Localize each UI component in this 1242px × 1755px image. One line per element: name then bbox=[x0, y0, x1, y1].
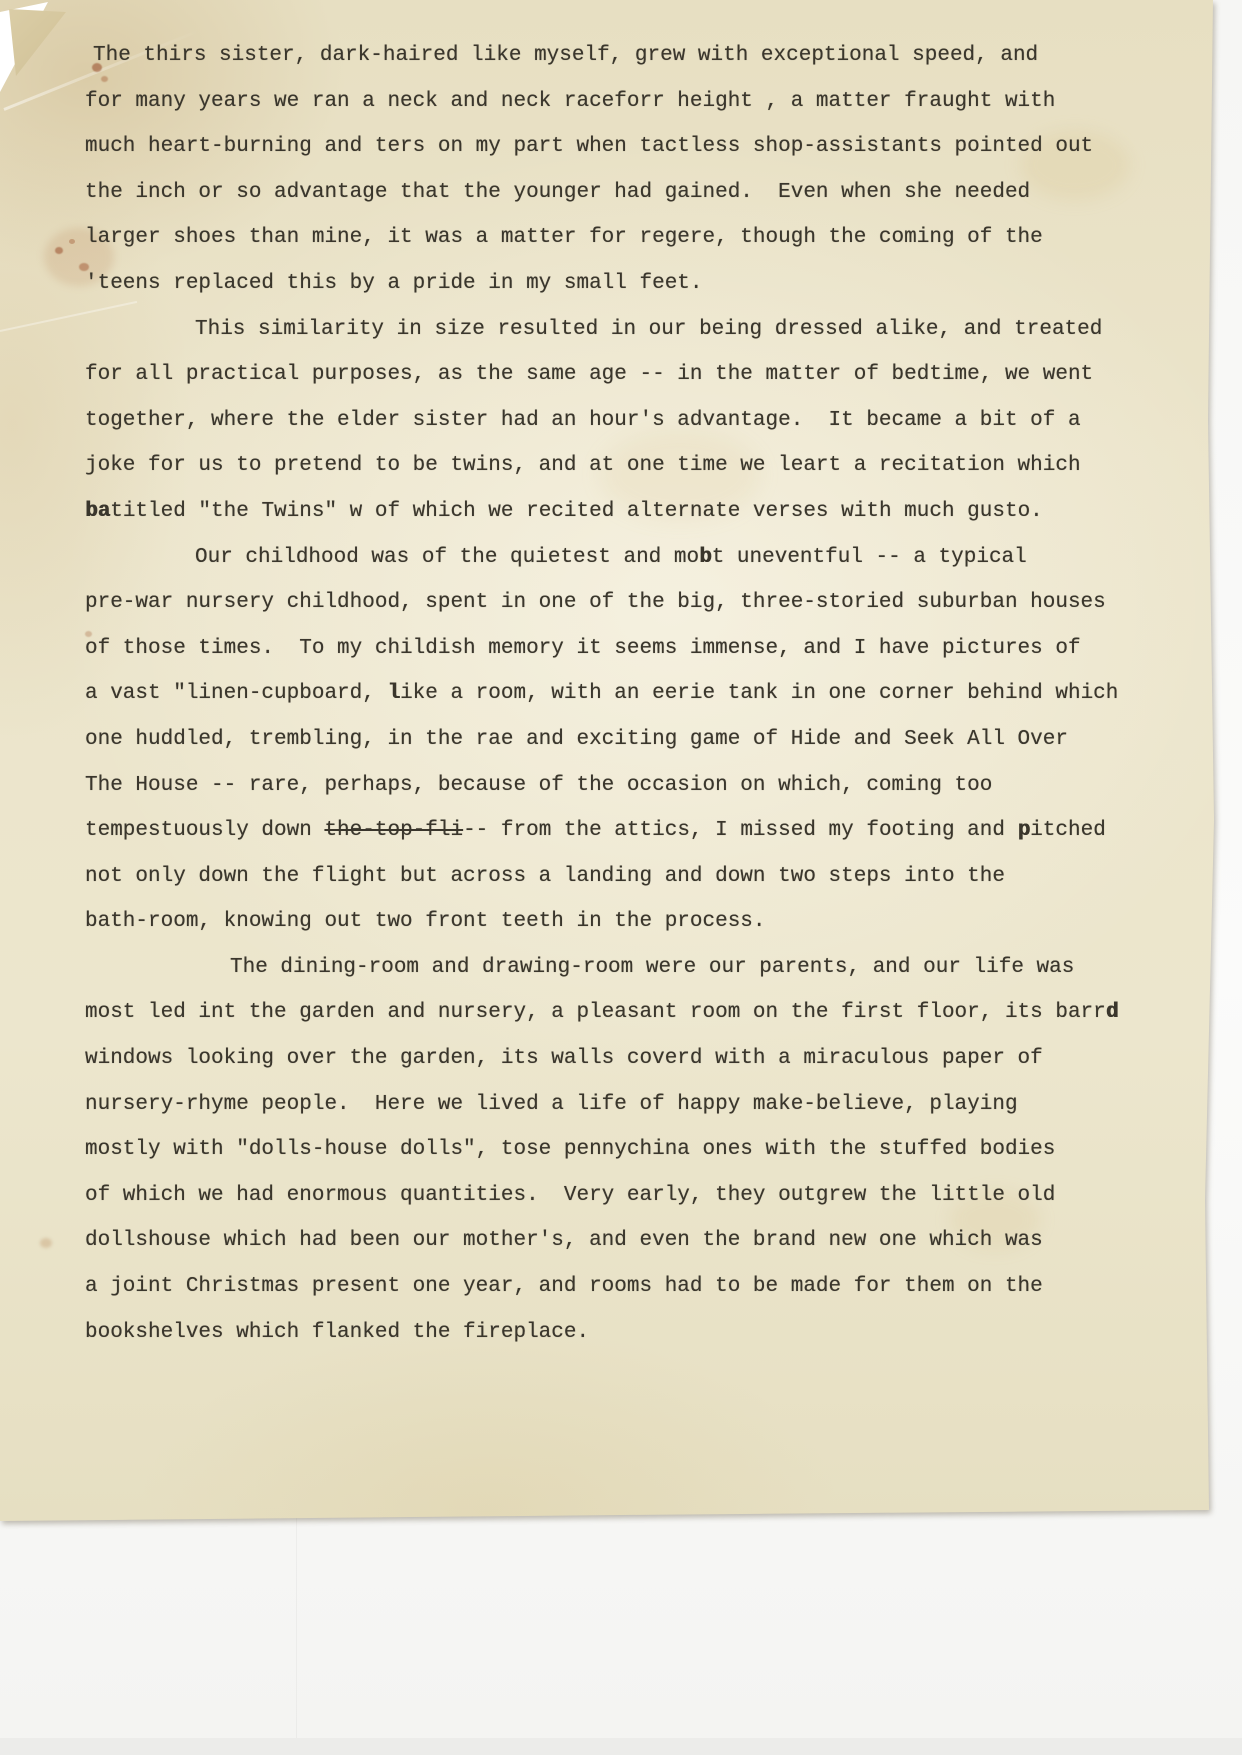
text-segment: bookshelves which flanked the fireplace. bbox=[85, 1321, 589, 1344]
text-line: Our childhood was of the quietest and mo… bbox=[85, 535, 1225, 581]
text-segment: The House -- rare, perhaps, because of t… bbox=[85, 774, 992, 797]
text-segment: This similarity in size resulted in our … bbox=[195, 318, 1102, 341]
text-segment: the inch or so advantage that the younge… bbox=[85, 181, 1030, 204]
text-line: most led int the garden and nursery, a p… bbox=[85, 990, 1225, 1036]
text-line: The thirs sister, dark-haired like mysel… bbox=[85, 33, 1225, 79]
text-segment: joke for us to pretend to be twins, and … bbox=[85, 454, 1081, 477]
text-line: for all practical purposes, as the same … bbox=[85, 352, 1225, 398]
text-segment: much heart-burning and ters on my part w… bbox=[85, 135, 1093, 158]
text-line: dollshouse which had been our mother's, … bbox=[85, 1218, 1225, 1264]
text-line: mostly with "dolls-house dolls", tose pe… bbox=[85, 1127, 1225, 1173]
text-line: bookshelves which flanked the fireplace. bbox=[85, 1310, 1225, 1356]
text-line: joke for us to pretend to be twins, and … bbox=[85, 443, 1225, 489]
text-line: The House -- rare, perhaps, because of t… bbox=[85, 763, 1225, 809]
text-segment: ike a room, with an eerie tank in one co… bbox=[400, 682, 1118, 705]
text-line: pre-war nursery childhood, spent in one … bbox=[85, 580, 1225, 626]
document-page: The thirs sister, dark-haired like mysel… bbox=[0, 0, 1221, 1524]
text-segment: dollshouse which had been our mother's, … bbox=[85, 1229, 1043, 1252]
text-line: together, where the elder sister had an … bbox=[85, 398, 1225, 444]
text-segment: Our childhood was of the quietest and mo bbox=[195, 546, 699, 569]
text-segment: -- from the attics, I missed my footing … bbox=[463, 819, 1018, 842]
text-segment: one huddled, trembling, in the rae and e… bbox=[85, 728, 1068, 751]
text-segment: 'teens replaced this by a pride in my sm… bbox=[85, 272, 703, 295]
text-segment: a joint Christmas present one year, and … bbox=[85, 1275, 1043, 1298]
rust-stain bbox=[55, 247, 63, 254]
text-line: for many years we ran a neck and neck ra… bbox=[85, 79, 1225, 125]
text-line: a joint Christmas present one year, and … bbox=[85, 1264, 1225, 1310]
text-line: windows looking over the garden, its wal… bbox=[85, 1036, 1225, 1082]
text-line: nursery-rhyme people. Here we lived a li… bbox=[85, 1082, 1225, 1128]
text-segment: t uneventful -- a typical bbox=[712, 546, 1027, 569]
text-segment: p bbox=[1018, 819, 1031, 842]
text-line: larger shoes than mine, it was a matter … bbox=[85, 215, 1225, 261]
text-line: 'teens replaced this by a pride in my sm… bbox=[85, 261, 1225, 307]
text-segment: The thirs sister, dark-haired like mysel… bbox=[93, 44, 1038, 67]
text-line: not only down the flight but across a la… bbox=[85, 854, 1225, 900]
scan-bottom-strip bbox=[0, 1738, 1242, 1755]
rust-stain bbox=[69, 239, 75, 244]
text-line: of which we had enormous quantities. Ver… bbox=[85, 1173, 1225, 1219]
text-line: bath-room, knowing out two front teeth i… bbox=[85, 899, 1225, 945]
text-segment: ba bbox=[85, 500, 110, 523]
text-line: tempestuously down the-top-fli-- from th… bbox=[85, 808, 1225, 854]
text-segment: tempestuously down bbox=[85, 819, 324, 842]
text-segment: for all practical purposes, as the same … bbox=[85, 363, 1093, 386]
text-segment: of those times. To my childish memory it… bbox=[85, 637, 1081, 660]
text-segment: itched bbox=[1030, 819, 1106, 842]
text-line: batitled "the Twins" w of which we recit… bbox=[85, 489, 1225, 535]
text-line: one huddled, trembling, in the rae and e… bbox=[85, 717, 1225, 763]
text-block: The thirs sister, dark-haired like mysel… bbox=[85, 33, 1225, 1355]
struck-out-text: the-top-fli bbox=[324, 819, 463, 842]
rust-stain bbox=[40, 1238, 52, 1248]
text-line: of those times. To my childish memory it… bbox=[85, 626, 1225, 672]
text-line: the inch or so advantage that the younge… bbox=[85, 170, 1225, 216]
text-segment: of which we had enormous quantities. Ver… bbox=[85, 1184, 1055, 1207]
text-line: The dining-room and drawing-room were ou… bbox=[85, 945, 1225, 991]
text-line: much heart-burning and ters on my part w… bbox=[85, 124, 1225, 170]
text-segment: The dining-room and drawing-room were ou… bbox=[230, 956, 1074, 979]
text-segment: titled "the Twins" w of which we recited… bbox=[110, 500, 1043, 523]
document-page-wrapper: The thirs sister, dark-haired like mysel… bbox=[0, 0, 1221, 1524]
text-line: This similarity in size resulted in our … bbox=[85, 307, 1225, 353]
scan-seam-line bbox=[296, 1517, 297, 1755]
text-segment: mostly with "dolls-house dolls", tose pe… bbox=[85, 1138, 1055, 1161]
text-segment: windows looking over the garden, its wal… bbox=[85, 1047, 1043, 1070]
text-segment: a vast "linen-cupboard, bbox=[85, 682, 387, 705]
text-line: a vast "linen-cupboard, like a room, wit… bbox=[85, 671, 1225, 717]
text-segment: together, where the elder sister had an … bbox=[85, 409, 1081, 432]
text-segment: larger shoes than mine, it was a matter … bbox=[85, 226, 1043, 249]
text-segment: for many years we ran a neck and neck ra… bbox=[85, 90, 1055, 113]
text-segment: not only down the flight but across a la… bbox=[85, 865, 1005, 888]
text-segment: d bbox=[1106, 1001, 1119, 1024]
text-segment: pre-war nursery childhood, spent in one … bbox=[85, 591, 1106, 614]
text-segment: l bbox=[387, 682, 400, 705]
text-segment: bath-room, knowing out two front teeth i… bbox=[85, 910, 766, 933]
text-segment: b bbox=[699, 546, 712, 569]
text-segment: most led int the garden and nursery, a p… bbox=[85, 1001, 1106, 1024]
text-segment: nursery-rhyme people. Here we lived a li… bbox=[85, 1093, 1018, 1116]
